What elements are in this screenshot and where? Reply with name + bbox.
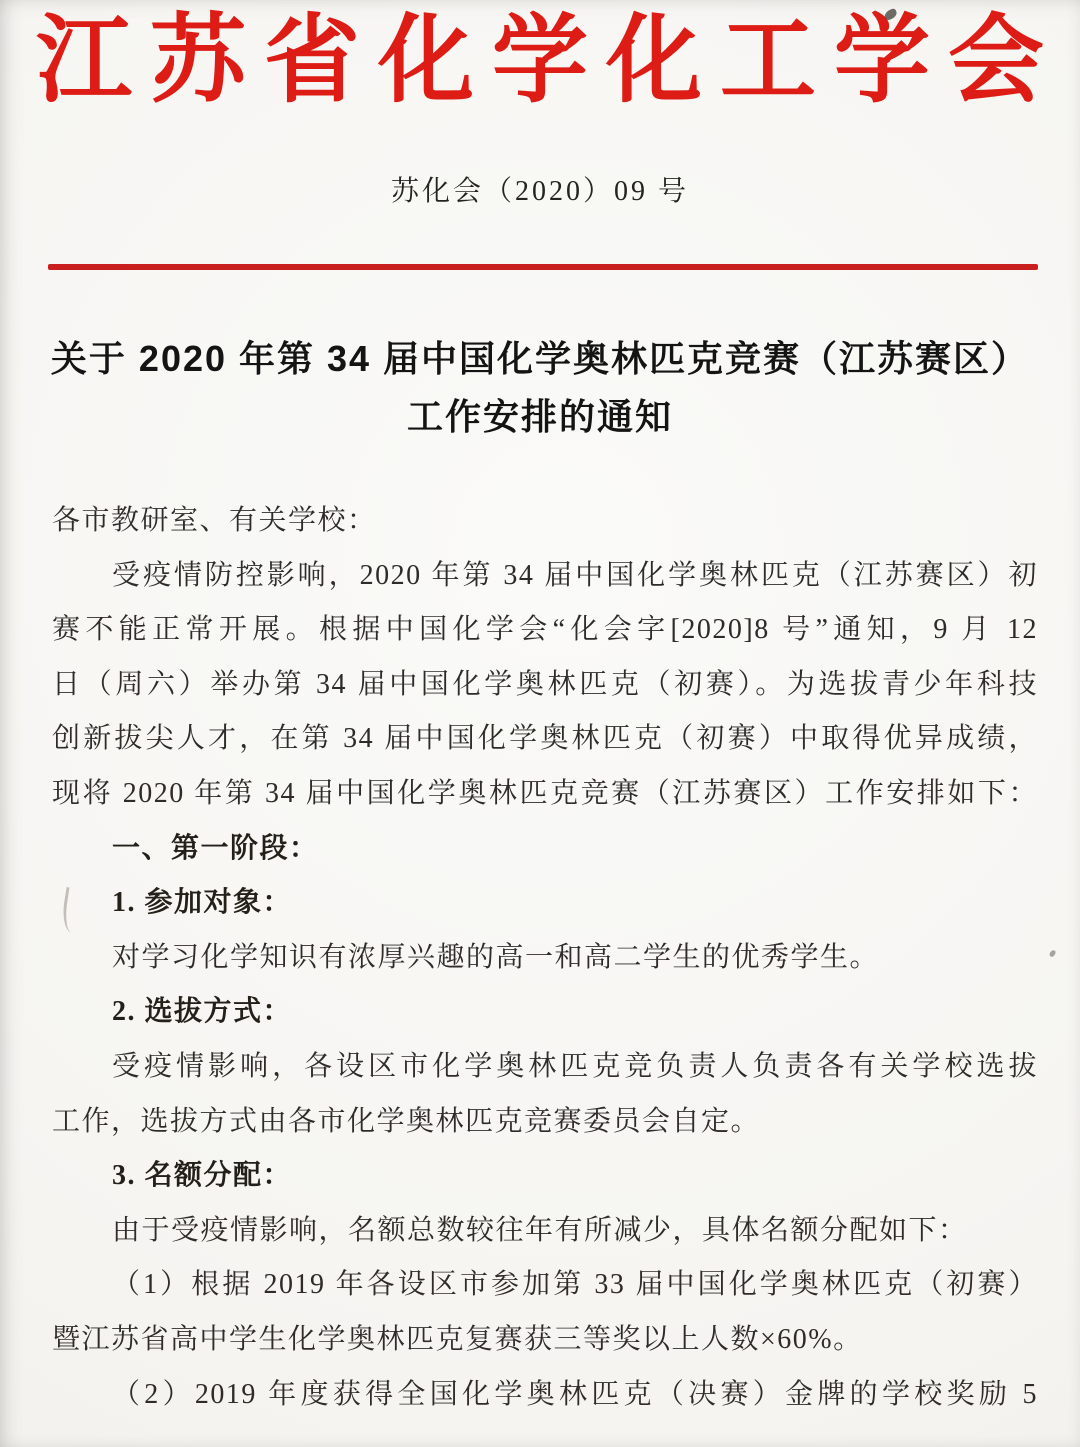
- selection-method-line: 受疫情影响，各设区市化学奥林匹克竞负责人负责各有关学校选拔: [52, 1040, 1038, 1095]
- intro-paragraph-line: 受疫情防控影响，2020 年第 34 届中国化学奥林匹克（江苏赛区）初: [52, 549, 1038, 604]
- intro-paragraph-line: 日（周六）举办第 34 届中国化学奥林匹克（初赛）。为选拔青少年科技: [52, 658, 1038, 713]
- participants-text-line: 对学习化学知识有浓厚兴趣的高一和高二学生的优秀学生。: [52, 931, 1038, 986]
- quota-intro-line: 由于受疫情影响，名额总数较往年有所减少，具体名额分配如下：: [52, 1204, 1038, 1259]
- subsection-heading-selection-method: 2. 选拔方式：: [52, 985, 1038, 1040]
- scan-dot: [1049, 949, 1057, 958]
- quota-item-1-line: （1）根据 2019 年各设区市参加第 33 届中国化学奥林匹克（初赛）: [52, 1258, 1038, 1313]
- notice-title-line1: 关于 2020 年第 34 届中国化学奥林匹克竞赛（江苏赛区）: [0, 330, 1080, 388]
- notice-page: 江苏省化学化工学会 苏化会（2020）09 号 关于 2020 年第 34 届中…: [0, 0, 1080, 1447]
- salutation-line: 各市教研室、有关学校：: [52, 494, 1038, 549]
- red-divider-line: [48, 264, 1038, 270]
- notice-title-line2: 工作安排的通知: [0, 388, 1080, 446]
- intro-paragraph-line: 创新拔尖人才，在第 34 届中国化学奥林匹克（初赛）中取得优异成绩，: [52, 712, 1038, 767]
- intro-paragraph-line: 赛不能正常开展。根据中国化学会“化会字[2020]8 号”通知，9 月 12: [52, 603, 1038, 658]
- intro-paragraph-line: 现将 2020 年第 34 届中国化学奥林匹克竞赛（江苏赛区）工作安排如下：: [52, 767, 1038, 822]
- org-name-title: 江苏省化学化工学会: [0, 2, 1080, 120]
- doc-number: 苏化会（2020）09 号: [0, 172, 1080, 212]
- notice-title: 关于 2020 年第 34 届中国化学奥林匹克竞赛（江苏赛区） 工作安排的通知: [0, 330, 1080, 446]
- selection-method-line: 工作，选拔方式由各市化学奥林匹克竞赛委员会自定。: [52, 1095, 1038, 1150]
- subsection-heading-quota-allocation: 3. 名额分配：: [52, 1149, 1038, 1204]
- quota-item-2-line: （2）2019 年度获得全国化学奥林匹克（决赛）金牌的学校奖励 5: [52, 1368, 1038, 1423]
- subsection-heading-participants: 1. 参加对象：: [52, 876, 1038, 931]
- quota-item-1-line: 暨江苏省高中学生化学奥林匹克复赛获三等奖以上人数×60%。: [52, 1313, 1038, 1368]
- section-heading-stage-one: 一、第一阶段：: [52, 822, 1038, 877]
- notice-body: 各市教研室、有关学校： 受疫情防控影响，2020 年第 34 届中国化学奥林匹克…: [52, 494, 1038, 1422]
